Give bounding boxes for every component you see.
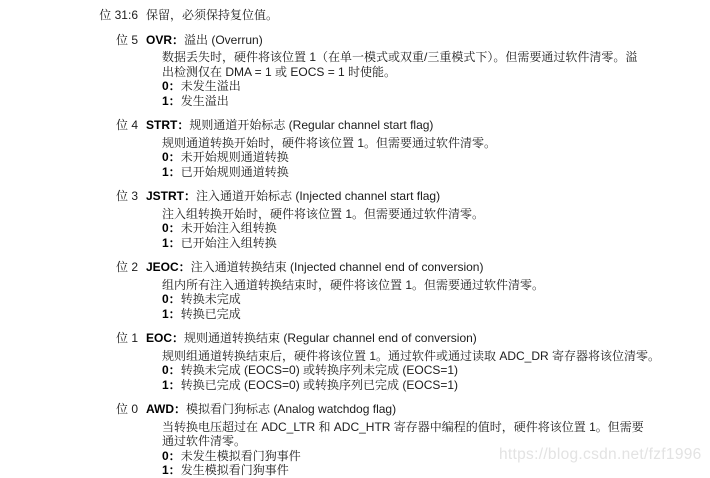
bit-field-title: 规则通道开始标志 (Regular channel start flag) [189,118,433,132]
value-number: 0： [162,449,181,463]
value-line: 0：未开始规则通道转换 [162,150,710,165]
value-line: 1：转换已完成 (EOCS=0) 或转换序列已完成 (EOCS=1) [162,378,710,393]
bit-range-label: 位 31:6 [0,8,138,23]
bit-number-label: 位 4 [0,118,138,133]
bit-section: 位 0 AWD：模拟看门狗标志 (Analog watchdog flag) 当… [0,402,710,477]
bit-heading-row: 位 4 STRT：规则通道开始标志 (Regular channel start… [0,118,710,133]
csdn-blog-watermark: https://blog.csdn.net/fzf1996 [499,446,702,464]
value-number: 0： [162,292,181,306]
bit-section: 位 1 EOC：规则通道转换结束 (Regular channel end of… [0,331,710,392]
bit-heading-row: 位 2 JEOC：注入通道转换结束 (Injected channel end … [0,260,710,275]
bit-description-body: 规则组通道转换结束后，硬件将该位置 1。通过软件或通过读取 ADC_DR 寄存器… [162,349,710,393]
bit-section: 位 2 JEOC：注入通道转换结束 (Injected channel end … [0,260,710,321]
value-line: 1：转换已完成 [162,307,710,322]
bit-heading-row: 位 5 OVR：溢出 (Overrun) [0,33,710,48]
value-line: 1：已开始规则通道转换 [162,165,710,180]
description-line: 数据丢失时，硬件将该位置 1（在单一模式或双重/三重模式下）。但需要通过软件清零… [162,50,710,65]
bit-heading: EOC：规则通道转换结束 (Regular channel end of con… [146,331,477,346]
bit-heading-row: 位 3 JSTRT：注入通道开始标志 (Injected channel sta… [0,189,710,204]
value-number: 1： [162,165,181,179]
bit-heading-row: 位 0 AWD：模拟看门狗标志 (Analog watchdog flag) [0,402,710,417]
value-line: 0：未开始注入组转换 [162,221,710,236]
bit-sections-container: 位 5 OVR：溢出 (Overrun) 数据丢失时，硬件将该位置 1（在单一模… [0,33,710,478]
description-line: 规则组通道转换结束后，硬件将该位置 1。通过软件或通过读取 ADC_DR 寄存器… [162,349,710,364]
description-line: 注入组转换开始时，硬件将该位置 1。但需要通过软件清零。 [162,207,710,222]
bit-field-title: 注入通道开始标志 (Injected channel start flag) [196,189,440,203]
bit-section: 位 4 STRT：规则通道开始标志 (Regular channel start… [0,118,710,179]
bit-field-name: JEOC： [146,260,191,274]
reserved-bits-row: 位 31:6 保留，必须保持复位值。 [0,8,710,23]
bit-section: 位 3 JSTRT：注入通道开始标志 (Injected channel sta… [0,189,710,250]
bit-description-body: 注入组转换开始时，硬件将该位置 1。但需要通过软件清零。0：未开始注入组转换1：… [162,207,710,251]
description-line: 规则通道转换开始时，硬件将该位置 1。但需要通过软件清零。 [162,136,710,151]
bit-number-label: 位 3 [0,189,138,204]
value-number: 1： [162,378,181,392]
bit-heading: JSTRT：注入通道开始标志 (Injected channel start f… [146,189,440,204]
value-number: 1： [162,463,181,477]
bit-field-name: JSTRT： [146,189,196,203]
value-number: 1： [162,94,181,108]
description-line: 组内所有注入通道转换结束时，硬件将该位置 1。但需要通过软件清零。 [162,278,710,293]
bit-description-body: 规则通道转换开始时，硬件将该位置 1。但需要通过软件清零。0：未开始规则通道转换… [162,136,710,180]
bit-number-label: 位 5 [0,33,138,48]
value-line: 0：转换未完成 [162,292,710,307]
description-line: 当转换电压超过在 ADC_LTR 和 ADC_HTR 寄存器中编程的值时，硬件将… [162,420,710,435]
register-bit-description-document: 位 31:6 保留，必须保持复位值。 位 5 OVR：溢出 (Overrun) … [0,8,710,477]
bit-number-label: 位 1 [0,331,138,346]
bit-heading: AWD：模拟看门狗标志 (Analog watchdog flag) [146,402,396,417]
bit-number-label: 位 2 [0,260,138,275]
value-line: 1：发生模拟看门狗事件 [162,463,710,477]
value-number: 0： [162,221,181,235]
reserved-bits-text: 保留，必须保持复位值。 [146,8,278,23]
bit-description-body: 数据丢失时，硬件将该位置 1（在单一模式或双重/三重模式下）。但需要通过软件清零… [162,50,710,108]
bit-field-name: AWD： [146,402,186,416]
bit-field-title: 规则通道转换结束 (Regular channel end of convers… [184,331,477,345]
value-line: 0：转换未完成 (EOCS=0) 或转换序列未完成 (EOCS=1) [162,363,710,378]
bit-field-title: 溢出 (Overrun) [184,33,263,47]
bit-field-name: EOC： [146,331,184,345]
value-line: 1：已开始注入组转换 [162,236,710,251]
value-number: 0： [162,150,181,164]
bit-number-label: 位 0 [0,402,138,417]
value-number: 1： [162,236,181,250]
bit-heading: JEOC：注入通道转换结束 (Injected channel end of c… [146,260,483,275]
value-number: 0： [162,79,181,93]
value-line: 1：发生溢出 [162,94,710,109]
description-line: 出检测仅在 DMA = 1 或 EOCS = 1 时使能。 [162,65,710,80]
bit-field-name: OVR： [146,33,184,47]
bit-field-title: 注入通道转换结束 (Injected channel end of conver… [191,260,484,274]
bit-description-body: 组内所有注入通道转换结束时，硬件将该位置 1。但需要通过软件清零。0：转换未完成… [162,278,710,322]
bit-section: 位 5 OVR：溢出 (Overrun) 数据丢失时，硬件将该位置 1（在单一模… [0,33,710,109]
value-number: 0： [162,363,181,377]
bit-field-title: 模拟看门狗标志 (Analog watchdog flag) [186,402,396,416]
value-number: 1： [162,307,181,321]
bit-field-name: STRT： [146,118,189,132]
value-line: 0：未发生溢出 [162,79,710,94]
bit-heading: OVR：溢出 (Overrun) [146,33,263,48]
bit-heading-row: 位 1 EOC：规则通道转换结束 (Regular channel end of… [0,331,710,346]
bit-heading: STRT：规则通道开始标志 (Regular channel start fla… [146,118,433,133]
